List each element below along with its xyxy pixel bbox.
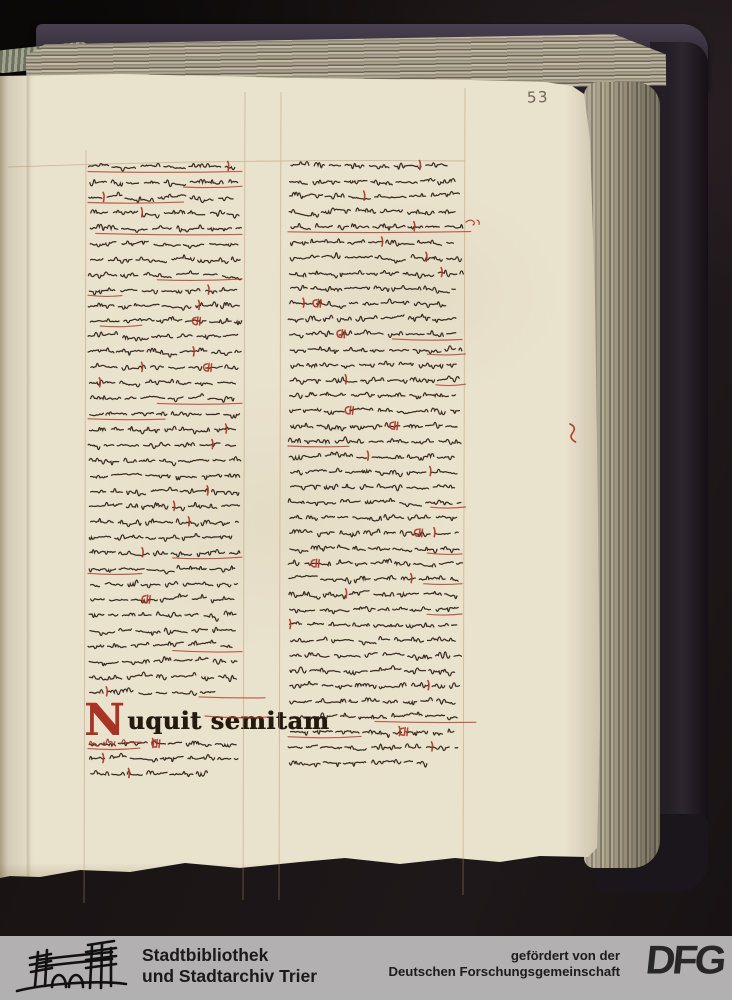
porta-nigra-logo-icon [14,939,130,997]
chapter-heading-text: uquit semitam [127,706,329,735]
funding-credit: gefördert von der Deutschen Forschungsge… [388,948,620,979]
chapter-heading: Nuquit semitam [84,702,274,750]
funding-line1: gefördert von der [388,948,620,964]
institution-line2: und Stadtarchiv Trier [142,966,317,987]
institution-name: Stadtbibliothek und Stadtarchiv Trier [142,945,317,986]
rubricated-initial: N [84,695,124,746]
funding-line2: Deutschen Forschungsgemeinschaft [388,964,620,980]
footer-bar: Stadtbibliothek und Stadtarchiv Trier ge… [0,936,732,1000]
folio-number: 53 [527,87,562,108]
institution-line1: Stadtbibliothek [142,945,317,966]
dfg-logo: DFG [644,937,726,983]
manuscript-page [0,60,608,892]
manuscript-photo: 53 Nuquit semitam [0,0,732,936]
